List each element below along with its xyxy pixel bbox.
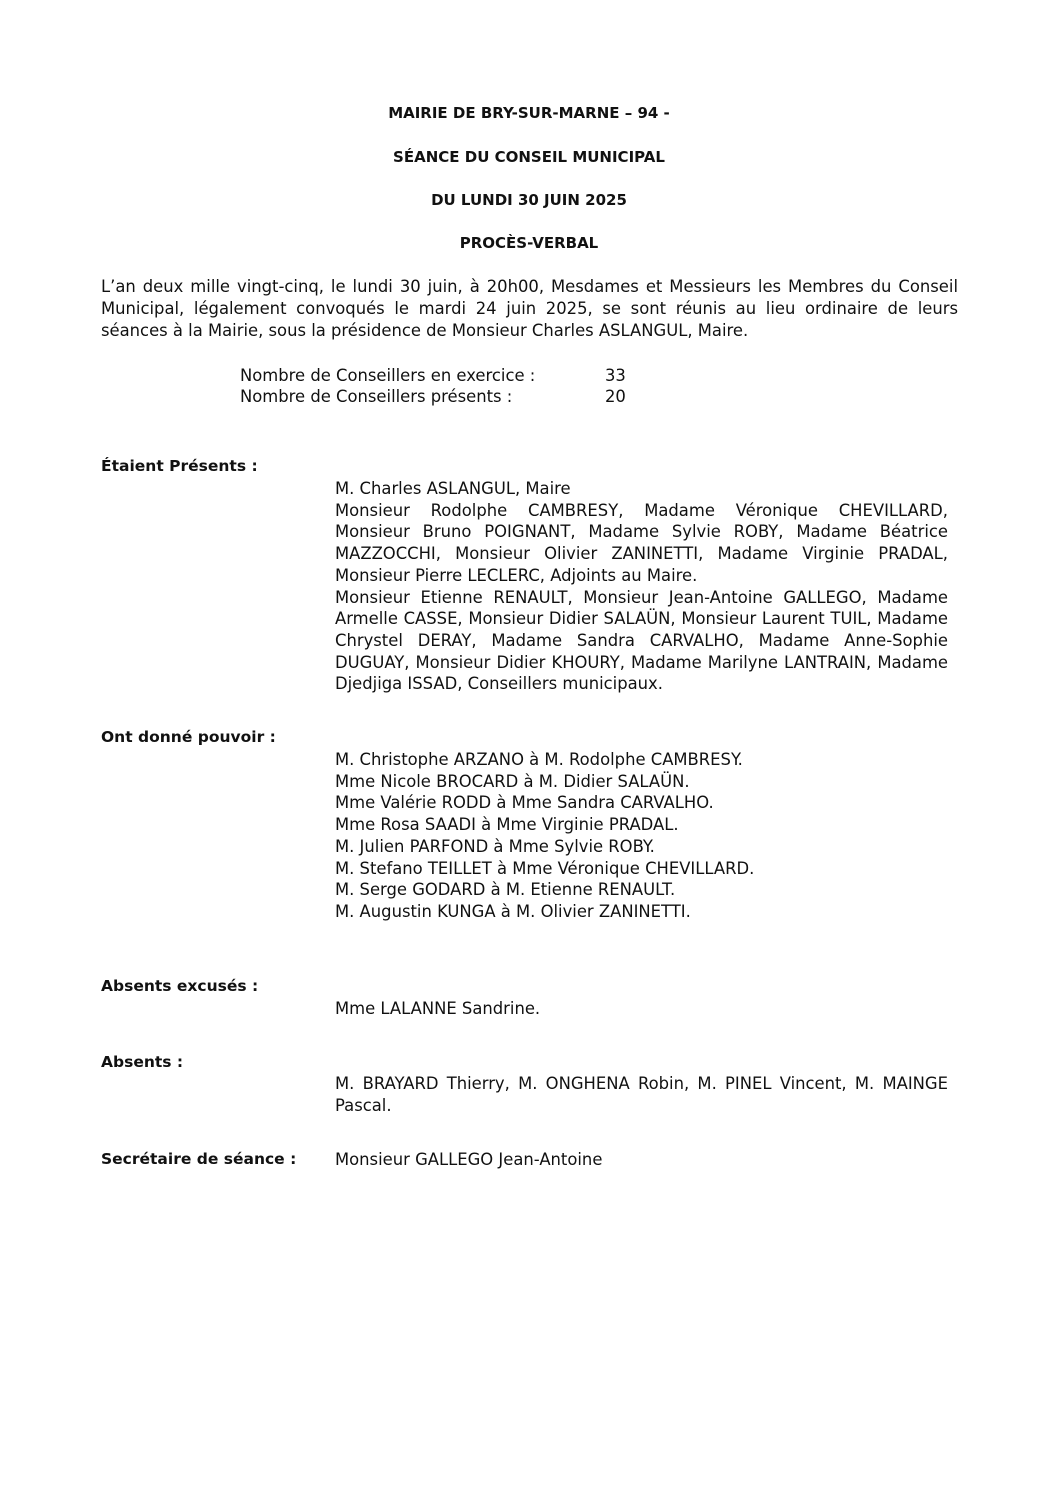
absents-label: Absents : bbox=[101, 1053, 183, 1071]
intro-paragraph: L’an deux mille vingt-cinq, le lundi 30 … bbox=[101, 276, 958, 342]
pouvoir-item: M. Julien PARFOND à Mme Sylvie ROBY. bbox=[335, 836, 948, 858]
pouvoir-item: M. Augustin KUNGA à M. Olivier ZANINETTI… bbox=[335, 901, 948, 923]
count-row-exercice: Nombre de Conseillers en exercice : 33 bbox=[240, 365, 645, 386]
excuses-label: Absents excusés : bbox=[101, 977, 258, 995]
pouvoir-item: M. Serge GODARD à M. Etienne RENAULT. bbox=[335, 879, 948, 901]
presents-adjoints: Monsieur Rodolphe CAMBRESY, Madame Véron… bbox=[335, 500, 948, 587]
count-label: Nombre de Conseillers en exercice : bbox=[240, 365, 605, 386]
document-page: MAIRIE DE BRY-SUR-MARNE – 94 - SÉANCE DU… bbox=[0, 0, 1058, 1497]
pouvoir-item: M. Christophe ARZANO à M. Rodolphe CAMBR… bbox=[335, 749, 948, 771]
pouvoir-item: Mme Nicole BROCARD à M. Didier SALAÜN. bbox=[335, 771, 948, 793]
presents-conseillers: Monsieur Etienne RENAULT, Monsieur Jean-… bbox=[335, 587, 948, 696]
count-label: Nombre de Conseillers présents : bbox=[240, 386, 605, 407]
presents-maire: M. Charles ASLANGUL, Maire bbox=[335, 478, 948, 500]
count-value: 20 bbox=[605, 386, 645, 407]
pouvoir-item: Mme Rosa SAADI à Mme Virginie PRADAL. bbox=[335, 814, 948, 836]
pouvoir-item: M. Stefano TEILLET à Mme Véronique CHEVI… bbox=[335, 858, 948, 880]
pouvoir-item: Mme Valérie RODD à Mme Sandra CARVALHO. bbox=[335, 792, 948, 814]
secretaire-label: Secrétaire de séance : bbox=[101, 1150, 296, 1168]
count-value: 33 bbox=[605, 365, 645, 386]
presents-label: Étaient Présents : bbox=[101, 457, 258, 475]
header-seance: SÉANCE DU CONSEIL MUNICIPAL bbox=[0, 148, 1058, 166]
presents-body: M. Charles ASLANGUL, Maire Monsieur Rodo… bbox=[335, 478, 948, 695]
pouvoirs-label: Ont donné pouvoir : bbox=[101, 728, 276, 746]
secretaire-body: Monsieur GALLEGO Jean-Antoine bbox=[335, 1149, 948, 1171]
pouvoirs-list: M. Christophe ARZANO à M. Rodolphe CAMBR… bbox=[335, 749, 948, 923]
header-mairie: MAIRIE DE BRY-SUR-MARNE – 94 - bbox=[0, 104, 1058, 122]
count-row-presents: Nombre de Conseillers présents : 20 bbox=[240, 386, 645, 407]
excuses-body: Mme LALANNE Sandrine. bbox=[335, 998, 948, 1020]
absents-body: M. BRAYARD Thierry, M. ONGHENA Robin, M.… bbox=[335, 1073, 948, 1116]
header-date: DU LUNDI 30 JUIN 2025 bbox=[0, 191, 1058, 209]
header-proces-verbal: PROCÈS-VERBAL bbox=[0, 234, 1058, 252]
counts-block: Nombre de Conseillers en exercice : 33 N… bbox=[240, 365, 645, 407]
